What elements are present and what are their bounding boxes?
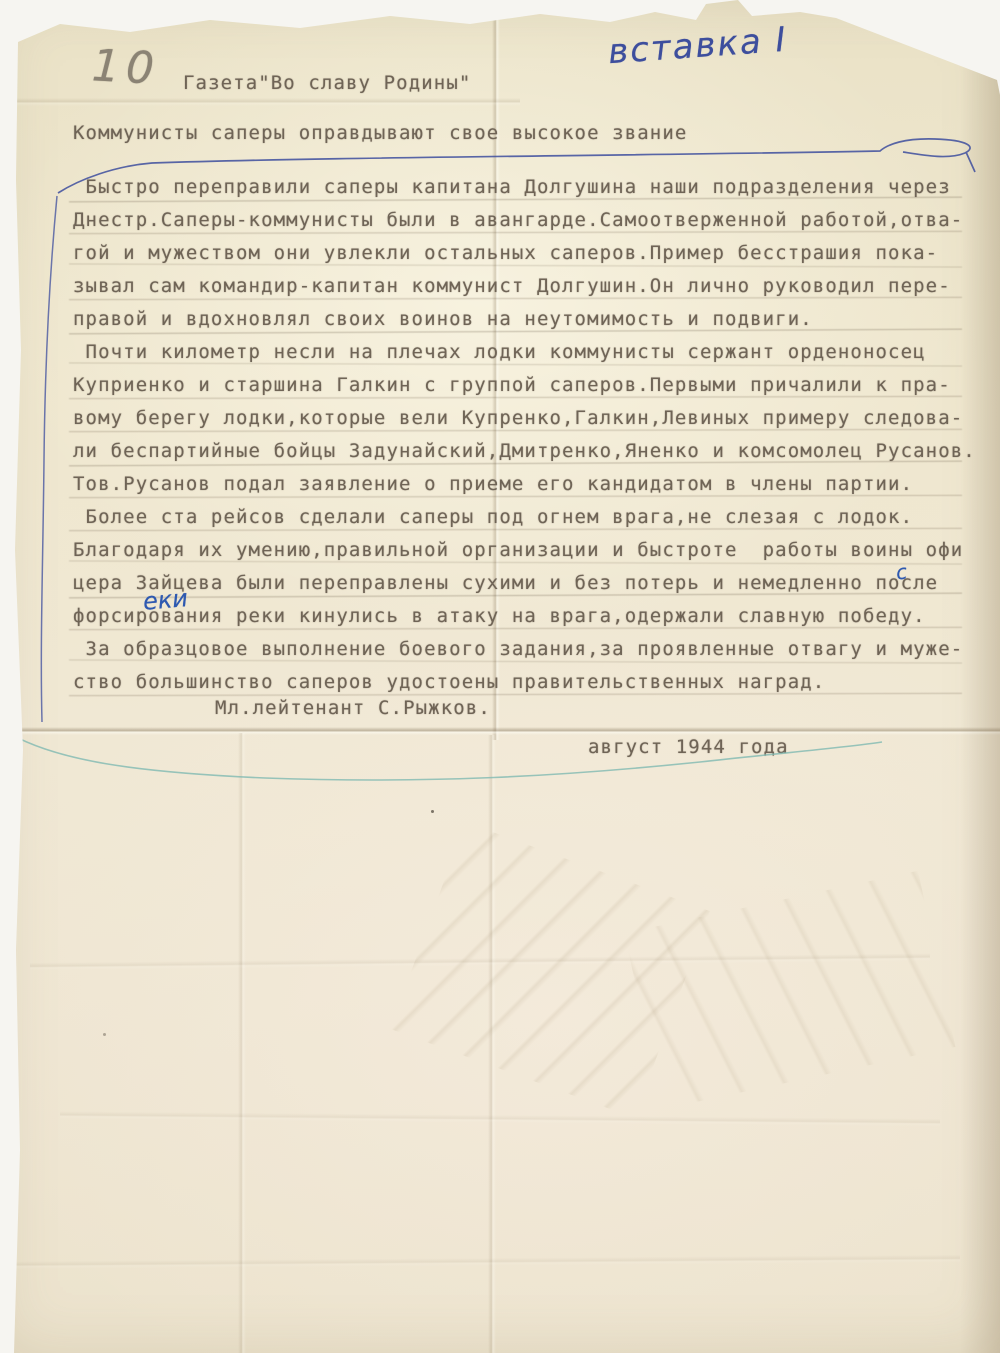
typed-text-line: форсирования реки кинулись в атаку на вр… xyxy=(73,600,976,633)
wrinkle-shading-2 xyxy=(625,871,956,1109)
typed-text-line: вому берегу лодки,которые вели Купренко,… xyxy=(73,402,976,435)
newspaper-masthead: Газета"Во славу Родины" xyxy=(183,72,471,94)
wrinkle-crease-lower-2 xyxy=(60,1111,940,1127)
typed-text-line: гой и мужеством они увлекли остальных са… xyxy=(73,237,976,270)
signature-line: Мл.лейтенант С.Рыжков. xyxy=(215,697,491,719)
paper-speck-2 xyxy=(103,1033,106,1036)
handwritten-page-number: 10 xyxy=(91,40,162,94)
typed-text-line: Более ста рейсов сделали саперы под огне… xyxy=(73,501,976,534)
document-page: 10 вставка I Газета"Во славу Родины" Ком… xyxy=(0,0,1000,1353)
handwritten-insert-note: вставка I xyxy=(607,20,789,72)
typed-text-line: Тов.Русанов подал заявление о приеме его… xyxy=(73,468,976,501)
fold-crease-horizontal xyxy=(0,727,1000,735)
handwritten-correction-reki: еки xyxy=(142,584,189,616)
typed-text-line: зывал сам командир-капитан коммунист Дол… xyxy=(73,270,976,303)
typed-text-line: цера Зайцева были переправлены сухими и … xyxy=(73,567,976,600)
wrinkle-shading-1 xyxy=(390,822,710,1118)
typed-text-line: За образцовое выполнение боевого задания… xyxy=(73,633,976,666)
wrinkle-crease-top xyxy=(0,98,520,106)
typed-text-line: Благодаря их умению,правильной организац… xyxy=(73,534,976,567)
scanned-document: 10 вставка I Газета"Во славу Родины" Ком… xyxy=(0,0,1000,1353)
typed-text-line: правой и вдохновлял своих воинов на неут… xyxy=(73,303,976,336)
typed-text-line: ли беспартийные бойцы Задунайский,Дмитре… xyxy=(73,435,976,468)
wrinkle-crease-lower-3 xyxy=(0,1255,960,1270)
date-line: август 1944 года xyxy=(588,736,789,758)
paper-speck-1 xyxy=(431,810,434,813)
typed-text-line: Быстро переправили саперы капитана Долгу… xyxy=(73,171,976,204)
typed-text-line: Почти километр несли на плечах лодки ком… xyxy=(73,336,976,369)
typed-text-line: Куприенко и старшина Галкин с группой са… xyxy=(73,369,976,402)
article-body: Быстро переправили саперы капитана Долгу… xyxy=(73,171,976,699)
wrinkle-crease-lower-1 xyxy=(30,953,930,970)
typed-text-line: Днестр.Саперы-коммунисты были в авангард… xyxy=(73,204,976,237)
article-headline: Коммунисты саперы оправдывают свое высок… xyxy=(73,122,687,144)
pen-line-left xyxy=(41,196,57,722)
typed-text-line: ство большинство саперов удостоены прави… xyxy=(73,666,976,699)
